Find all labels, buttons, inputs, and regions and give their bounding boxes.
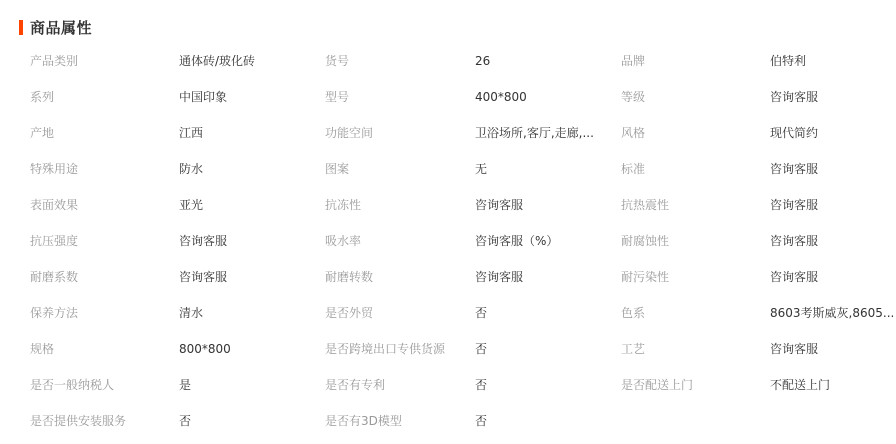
attribute-value: 咨询客服 xyxy=(770,197,895,213)
attribute-value: 咨询客服 xyxy=(475,197,600,213)
attribute-label: 抗压强度 xyxy=(30,233,78,249)
attribute-label: 保养方法 xyxy=(30,305,78,321)
attribute-label: 工艺 xyxy=(621,341,645,357)
attribute-label: 特殊用途 xyxy=(30,161,78,177)
attribute-value: 防水 xyxy=(179,161,304,177)
attribute-value: 是 xyxy=(179,377,304,393)
attribute-label: 系列 xyxy=(30,89,54,105)
attribute-row: 保养方法 清水 是否外贸 否 色系 8603考斯威灰,8605... xyxy=(0,296,896,332)
attribute-label: 型号 xyxy=(325,89,349,105)
attribute-label: 图案 xyxy=(325,161,349,177)
attribute-value: 清水 xyxy=(179,305,304,321)
attribute-label: 产品类别 xyxy=(30,53,78,69)
attribute-row: 系列 中国印象 型号 400*800 等级 咨询客服 xyxy=(0,80,896,116)
attribute-label: 抗热震性 xyxy=(621,197,669,213)
attribute-label: 抗冻性 xyxy=(325,197,361,213)
attribute-label: 是否跨境出口专供货源 xyxy=(325,341,445,357)
attribute-label: 吸水率 xyxy=(325,233,361,249)
attribute-label: 风格 xyxy=(621,125,645,141)
attribute-label: 产地 xyxy=(30,125,54,141)
section-title: 商品属性 xyxy=(30,17,92,38)
attribute-value: 400*800 xyxy=(475,89,600,105)
attribute-table: 产品类别 通体砖/玻化砖 货号 26 品牌 伯特利 系列 中国印象 型号 400… xyxy=(0,44,896,440)
attribute-label: 色系 xyxy=(621,305,645,321)
attribute-label: 耐磨转数 xyxy=(325,269,373,285)
attribute-row: 产品类别 通体砖/玻化砖 货号 26 品牌 伯特利 xyxy=(0,44,896,80)
attribute-row: 是否一般纳税人 是 是否有专利 否 是否配送上门 不配送上门 xyxy=(0,368,896,404)
attribute-label: 耐污染性 xyxy=(621,269,669,285)
accent-bar xyxy=(19,20,23,35)
attribute-row: 产地 江西 功能空间 卫浴场所,客厅,走廊,... 风格 现代简约 xyxy=(0,116,896,152)
attribute-label: 品牌 xyxy=(621,53,645,69)
attribute-label: 是否有专利 xyxy=(325,377,385,393)
attribute-label: 功能空间 xyxy=(325,125,373,141)
attribute-label: 表面效果 xyxy=(30,197,78,213)
attribute-value: 咨询客服 xyxy=(179,233,304,249)
attribute-value: 否 xyxy=(475,305,600,321)
attribute-row: 特殊用途 防水 图案 无 标准 咨询客服 xyxy=(0,152,896,188)
attribute-value: 亚光 xyxy=(179,197,304,213)
attribute-label: 规格 xyxy=(30,341,54,357)
attribute-label: 耐腐蚀性 xyxy=(621,233,669,249)
attribute-value: 否 xyxy=(179,413,304,429)
attribute-value: 否 xyxy=(475,413,600,429)
attribute-label: 是否一般纳税人 xyxy=(30,377,114,393)
attribute-label: 标准 xyxy=(621,161,645,177)
attribute-value: 8603考斯威灰,8605... xyxy=(770,305,895,321)
attribute-value: 26 xyxy=(475,53,600,69)
attribute-value: 咨询客服 xyxy=(179,269,304,285)
attribute-label: 是否提供安装服务 xyxy=(30,413,126,429)
attribute-value: 800*800 xyxy=(179,341,304,357)
attribute-value: 咨询客服（%） xyxy=(475,233,600,249)
attribute-value: 现代简约 xyxy=(770,125,895,141)
attribute-label: 是否配送上门 xyxy=(621,377,693,393)
attribute-value: 咨询客服 xyxy=(770,89,895,105)
attribute-row: 规格 800*800 是否跨境出口专供货源 否 工艺 咨询客服 xyxy=(0,332,896,368)
attribute-value: 咨询客服 xyxy=(475,269,600,285)
attribute-value: 否 xyxy=(475,377,600,393)
attribute-value: 通体砖/玻化砖 xyxy=(179,53,304,69)
attribute-value: 不配送上门 xyxy=(770,377,895,393)
attribute-label: 是否外贸 xyxy=(325,305,373,321)
attribute-value: 伯特利 xyxy=(770,53,895,69)
attribute-label: 货号 xyxy=(325,53,349,69)
attribute-value: 咨询客服 xyxy=(770,269,895,285)
attribute-row: 耐磨系数 咨询客服 耐磨转数 咨询客服 耐污染性 咨询客服 xyxy=(0,260,896,296)
attribute-value: 否 xyxy=(475,341,600,357)
attribute-value: 咨询客服 xyxy=(770,233,895,249)
attribute-row: 表面效果 亚光 抗冻性 咨询客服 抗热震性 咨询客服 xyxy=(0,188,896,224)
attribute-value: 中国印象 xyxy=(179,89,304,105)
attribute-label: 耐磨系数 xyxy=(30,269,78,285)
attribute-value: 咨询客服 xyxy=(770,341,895,357)
attribute-row: 是否提供安装服务 否 是否有3D模型 否 xyxy=(0,404,896,440)
attribute-value: 咨询客服 xyxy=(770,161,895,177)
section-header: 商品属性 xyxy=(19,17,92,37)
attribute-value: 卫浴场所,客厅,走廊,... xyxy=(475,125,600,141)
attribute-value: 江西 xyxy=(179,125,304,141)
attribute-value: 无 xyxy=(475,161,600,177)
attribute-label: 等级 xyxy=(621,89,645,105)
attribute-row: 抗压强度 咨询客服 吸水率 咨询客服（%） 耐腐蚀性 咨询客服 xyxy=(0,224,896,260)
attribute-label: 是否有3D模型 xyxy=(325,413,402,429)
